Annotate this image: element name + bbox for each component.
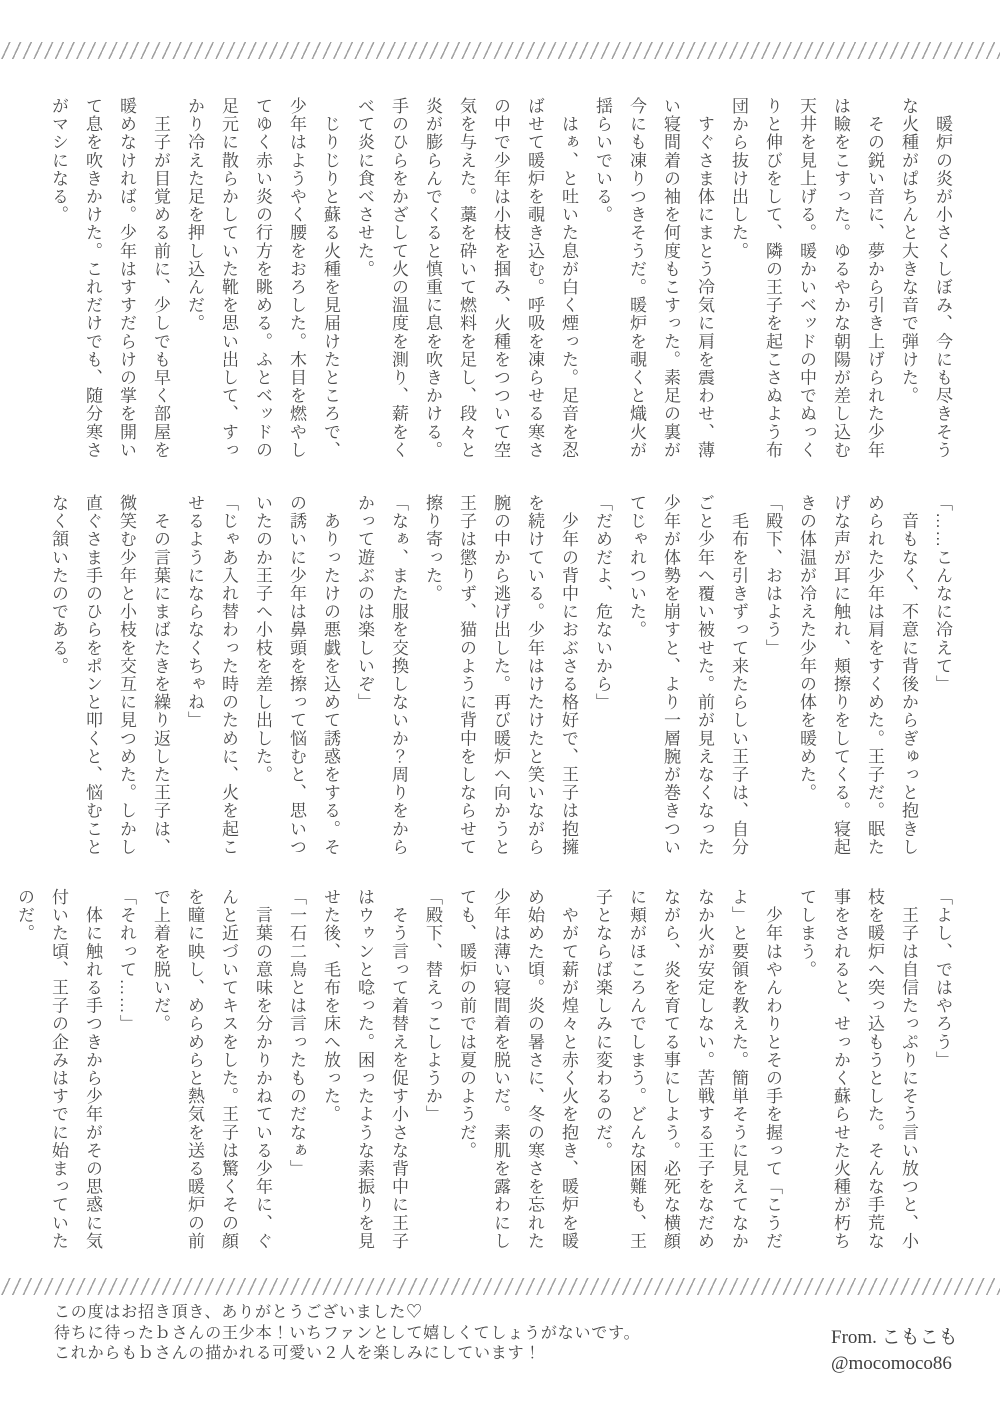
story-band-2: 「……こんなに冷えて」 音もなく、不意に背後からぎゅっと抱きしめられた少年は肩を… [41, 494, 959, 856]
story-paragraph: 王子は自信たっぷりにそう言い放つと、小枝を暖炉へ突っ込もうとした。そんな手荒な事… [789, 888, 925, 1250]
guest-message: この度はお招き頂き、ありがとうございました♡ 待ちに待ったｂさんの王少本！いちフ… [54, 1303, 640, 1365]
story-paragraph: 「じゃあ入れ替わった時のために、火を起こせるようにならなくちゃね」 [177, 494, 245, 856]
story-band-3: 「よし、ではやろう」 王子は自信たっぷりにそう言い放つと、小枝を暖炉へ突っ込もう… [41, 888, 959, 1250]
top-hatch-border [0, 42, 1000, 59]
story-paragraph: 言葉の意味を分かりかねている少年に、ぐんと近づいてキスをした。王子は驚くその顔を… [143, 888, 279, 1250]
story-paragraph: そう言って着替えを促す小さな背中に王子はウゥンと唸った。困ったような素振りを見せ… [313, 888, 415, 1250]
story-paragraph: ありったけの悪戯を込めて誘惑をする。その誘いに少年は鼻頭を擦って悩むと、思いつい… [245, 494, 347, 856]
story-paragraph: はぁ、と吐いた息が白く煙った。足音を忍ばせて暖炉を覗き込む。呼吸を凍らせる寒さの… [347, 97, 585, 459]
story-paragraph: 「それって……」 [109, 888, 143, 1250]
story-paragraph: 少年はやんわりとその手を握って「こうだよ」と要領を教えた。簡単そうに見えてなかな… [585, 888, 789, 1250]
story-paragraph: 「よし、ではやろう」 [925, 888, 959, 1250]
credit-from: From. こもこも [831, 1325, 958, 1351]
story-paragraph: やがて薪が煌々と赤く火を抱き、暖炉を暖め始めた頃。炎の暑さに、冬の寒さを忘れた少… [449, 888, 585, 1250]
guest-story-page: 暖炉の炎が小さくしぼみ、今にも尽きそうな火種がぱちんと大きな音で弾けた。 その鋭… [0, 0, 1000, 1412]
story-paragraph: 「……こんなに冷えて」 [925, 494, 959, 856]
story-paragraph: 王子が目覚める前に、少しでも早く部屋を暖めなければ。少年はすすだらけの掌を開いて… [41, 97, 177, 459]
story-paragraph: 「なぁ、また服を交換しないか？周りをからかって遊ぶのは楽しいぞ」 [347, 494, 415, 856]
story-paragraph: 暖炉の炎が小さくしぼみ、今にも尽きそうな火種がぱちんと大きな音で弾けた。 [891, 97, 959, 459]
story-paragraph: すぐさま体にまとう冷気に肩を震わせ、薄い寝間着の袖を何度もこすった。素足の裏が今… [585, 97, 721, 459]
story-paragraph: 「殿下、替えっこしようか」 [415, 888, 449, 1250]
bottom-hatch-border [0, 1278, 1000, 1295]
story-paragraph: その鋭い音に、夢から引き上げられた少年は瞼をこすった。ゆるやかな朝陽が差し込む天… [721, 97, 891, 459]
story-paragraph: 体に触れる手つきから少年がその思惑に気付いた頃、王子の企みはすでに始まっていたの… [7, 888, 109, 1250]
story-paragraph: 毛布を引きずって来たらしい王子は、自分ごと少年へ覆い被せた。前が見えなくなった少… [619, 494, 755, 856]
story-paragraph: 「一石二鳥とは言ったものだなぁ」 [279, 888, 313, 1250]
story-paragraph: 「殿下、おはよう」 [755, 494, 789, 856]
story-paragraph: 少年の背中におぶさる格好で、王子は抱擁を続けている。少年はけたけたと笑いながら腕… [415, 494, 585, 856]
story-band-1: 暖炉の炎が小さくしぼみ、今にも尽きそうな火種がぱちんと大きな音で弾けた。 その鋭… [41, 97, 959, 459]
credit-handle: @mocomoco86 [831, 1351, 958, 1377]
story-paragraph: じりじりと蘇る火種を見届けたところで、少年はようやく腰をおろした。木目を燃やして… [177, 97, 347, 459]
story-paragraph: 音もなく、不意に背後からぎゅっと抱きしめられた少年は肩をすくめた。王子だ。眠たげ… [789, 494, 925, 856]
guest-message-line-3: これからもｂさんの描かれる可愛い２人を楽しみにしています！ [54, 1344, 640, 1365]
guest-message-line-1: この度はお招き頂き、ありがとうございました♡ [54, 1303, 640, 1324]
story-paragraph: 「だめだよ、危ないから」 [585, 494, 619, 856]
author-credit: From. こもこも @mocomoco86 [831, 1325, 958, 1377]
story-paragraph: その言葉にまばたきを繰り返した王子は、微笑む少年と小枝を交互に見つめた。しかし直… [41, 494, 177, 856]
guest-message-line-2: 待ちに待ったｂさんの王少本！いちファンとして嬉しくてしょうがないです。 [54, 1324, 640, 1345]
